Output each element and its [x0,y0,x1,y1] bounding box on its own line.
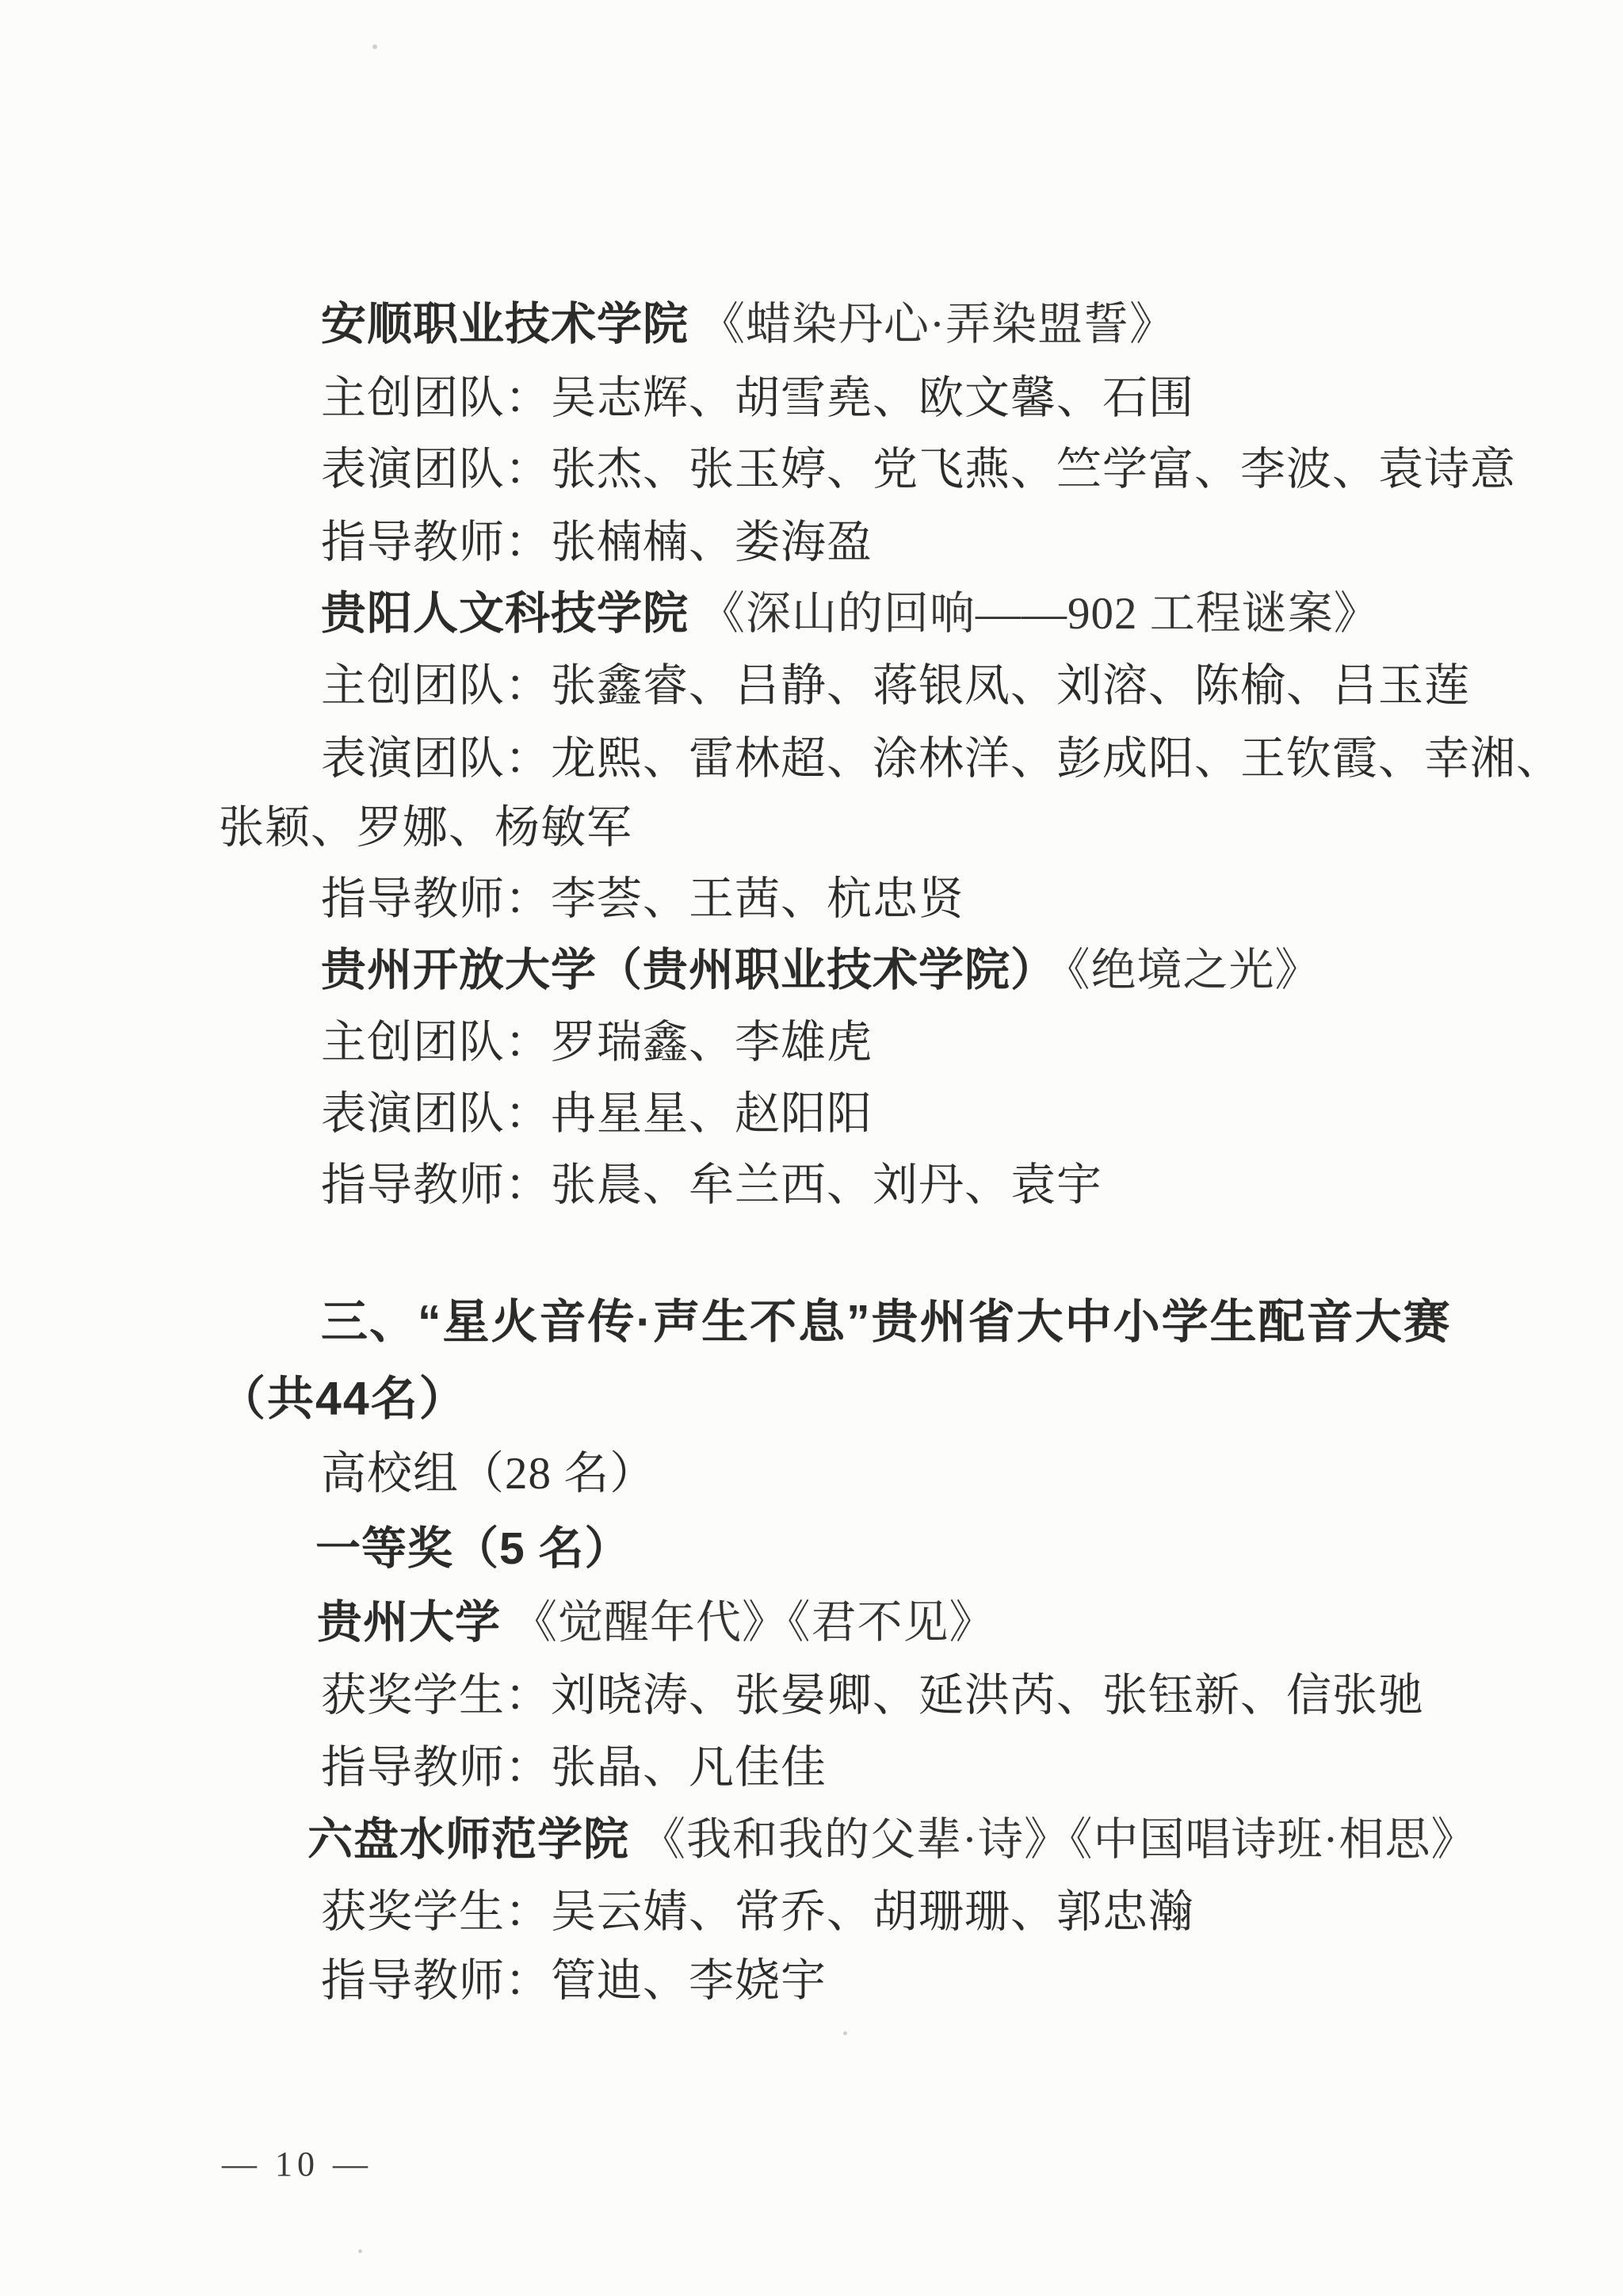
scan-speck [843,2031,847,2035]
section-heading-continuation: （共44名） [219,1373,468,1427]
team-row: 指导教师：管迪、李娆宇 [321,1955,827,2008]
group-label: 高校组（28 名） [321,1449,655,1499]
row-label: 指导教师： [321,1956,551,2006]
row-names: 张杰、张玉婷、党飞燕、竺学富、李波、袁诗意 [551,445,1516,495]
row-label: 主创团队： [321,1018,551,1068]
row-label: 指导教师： [321,874,551,924]
team-row: 表演团队：龙熙、雷林超、涂林洋、彭成阳、王钦霞、幸湘、 [321,733,1562,785]
row-names: 张晨、牟兰西、刘丹、袁宇 [551,1160,1102,1210]
team-row: 主创团队：罗瑞鑫、李雄虎 [321,1017,873,1069]
row-label: 主创团队： [321,373,551,423]
row-label: 指导教师： [321,1160,551,1210]
team-row: 指导教师：李荟、王茜、杭忠贤 [321,873,964,926]
row-names: 张颖、罗娜、杨敏军 [219,803,632,853]
group-label-line: 高校组（28 名） [321,1448,655,1500]
award-tier-line: 一等奖（5 名） [315,1523,631,1576]
row-label: 指导教师： [321,1743,551,1793]
entry-heading-line: 安顺职业技术学院《蜡染丹心·弄染盟誓》 [321,299,1175,351]
row-names: 张晶、凡佳佳 [551,1743,827,1793]
row-names: 罗瑞鑫、李雄虎 [551,1018,873,1068]
row-names: 张鑫睿、吕静、蒋银凤、刘溶、陈榆、吕玉莲 [551,661,1470,711]
scan-speck [372,44,377,49]
school-name: 贵州大学 [317,1597,501,1648]
row-label: 表演团队： [321,445,551,495]
row-names: 张楠楠、娄海盈 [551,518,873,567]
entry-heading-line: 贵阳人文科技学院《深山的回响——902 工程谜案》 [321,588,1380,640]
row-label: 获奖学生： [321,1887,551,1937]
row-names: 龙熙、雷林超、涂林洋、彭成阳、王钦霞、幸湘、 [551,734,1562,784]
team-row: 表演团队：张杰、张玉婷、党飞燕、竺学富、李波、袁诗意 [321,444,1516,496]
row-names: 冉星星、赵阳阳 [551,1089,873,1139]
team-row: 指导教师：张楠楠、娄海盈 [321,517,873,569]
school-name: 六盘水师范学院 [307,1814,629,1865]
row-label: 表演团队： [321,1089,551,1139]
school-name: 贵阳人文科技学院 [321,588,689,639]
team-row: 主创团队：张鑫睿、吕静、蒋银凤、刘溶、陈榆、吕玉莲 [321,660,1470,712]
row-names: 吴志辉、胡雪堯、欧文馨、石围 [551,373,1194,423]
school-name: 安顺职业技术学院 [321,299,689,350]
work-title: 《绝境之光》 [1067,946,1321,995]
team-row: 指导教师：张晨、牟兰西、刘丹、袁宇 [321,1159,1102,1212]
row-label: 表演团队： [321,734,551,784]
team-row-continuation: 张颖、罗娜、杨敏军 [219,802,632,854]
entry-heading-line: 贵州开放大学（贵州职业技术学院）《绝境之光》 [321,945,1321,997]
entry-heading-line: 贵州大学《觉醒年代》《君不见》 [317,1597,995,1649]
team-row: 获奖学生：刘晓涛、张晏卿、延洪芮、张钰新、信张驰 [321,1670,1424,1722]
team-row: 主创团队：吴志辉、胡雪堯、欧文馨、石围 [321,372,1194,425]
row-names: 刘晓涛、张晏卿、延洪芮、张钰新、信张驰 [551,1671,1424,1721]
page-number: — 10 — [222,2145,372,2185]
team-row: 表演团队：冉星星、赵阳阳 [321,1088,873,1140]
row-label: 获奖学生： [321,1671,551,1721]
work-title: 《我和我的父辈·诗》《中国唱诗班·相思》 [640,1815,1476,1865]
entry-heading-line: 六盘水师范学院《我和我的父辈·诗》《中国唱诗班·相思》 [307,1814,1476,1866]
scan-speck [358,2249,362,2253]
row-names: 管迪、李娆宇 [551,1956,827,2006]
team-row: 指导教师：张晶、凡佳佳 [321,1742,827,1794]
work-title: 《觉醒年代》《君不见》 [512,1598,995,1648]
document-page: 安顺职业技术学院《蜡染丹心·弄染盟誓》 主创团队：吴志辉、胡雪堯、欧文馨、石围 … [0,0,1623,2296]
section-heading: 三、“星火音传·声生不息”贵州省大中小学生配音大赛 [321,1296,1452,1350]
row-names: 吴云婧、常乔、胡珊珊、郭忠瀚 [551,1887,1194,1937]
section-heading-text: 三、“星火音传·声生不息”贵州省大中小学生配音大赛 [321,1296,1452,1348]
school-name: 贵州开放大学（贵州职业技术学院） [321,945,1056,995]
team-row: 获奖学生：吴云婧、常乔、胡珊珊、郭忠瀚 [321,1886,1194,1939]
page-number-text: — 10 — [222,2145,372,2183]
work-title: 《深山的回响——902 工程谜案》 [700,589,1380,639]
row-names: 李荟、王茜、杭忠贤 [551,874,964,924]
section-heading-count: （共44名） [219,1373,468,1425]
row-label: 指导教师： [321,518,551,567]
award-tier-label: 一等奖（5 名） [315,1523,631,1574]
work-title: 《蜡染丹心·弄染盟誓》 [700,300,1175,350]
row-label: 主创团队： [321,661,551,711]
